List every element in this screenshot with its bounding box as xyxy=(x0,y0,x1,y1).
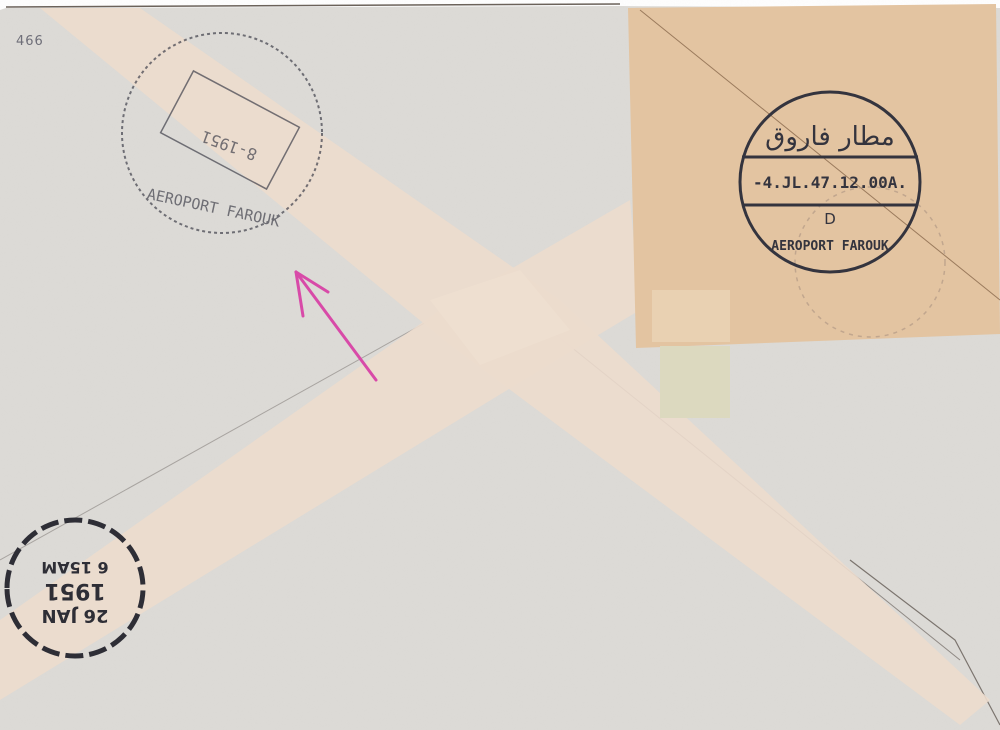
envelope-artwork: AEROPORT FAROUK 8-1951 مطار فاروق -4.JL.… xyxy=(0,0,1000,730)
svg-text:1951: 1951 xyxy=(44,578,105,603)
svg-text:D: D xyxy=(824,210,836,228)
svg-text:-4.JL.47.12.00A.: -4.JL.47.12.00A. xyxy=(753,173,907,192)
svg-text:AEROPORT FAROUK: AEROPORT FAROUK xyxy=(771,239,889,254)
svg-text:مطار فاروق: مطار فاروق xyxy=(765,122,895,152)
svg-text:6 15AM: 6 15AM xyxy=(41,558,108,577)
envelope-photo: AEROPORT FAROUK 8-1951 مطار فاروق -4.JL.… xyxy=(0,0,1000,730)
pencil-note: 466 xyxy=(16,34,44,49)
svg-text:26 JAN: 26 JAN xyxy=(41,605,108,626)
